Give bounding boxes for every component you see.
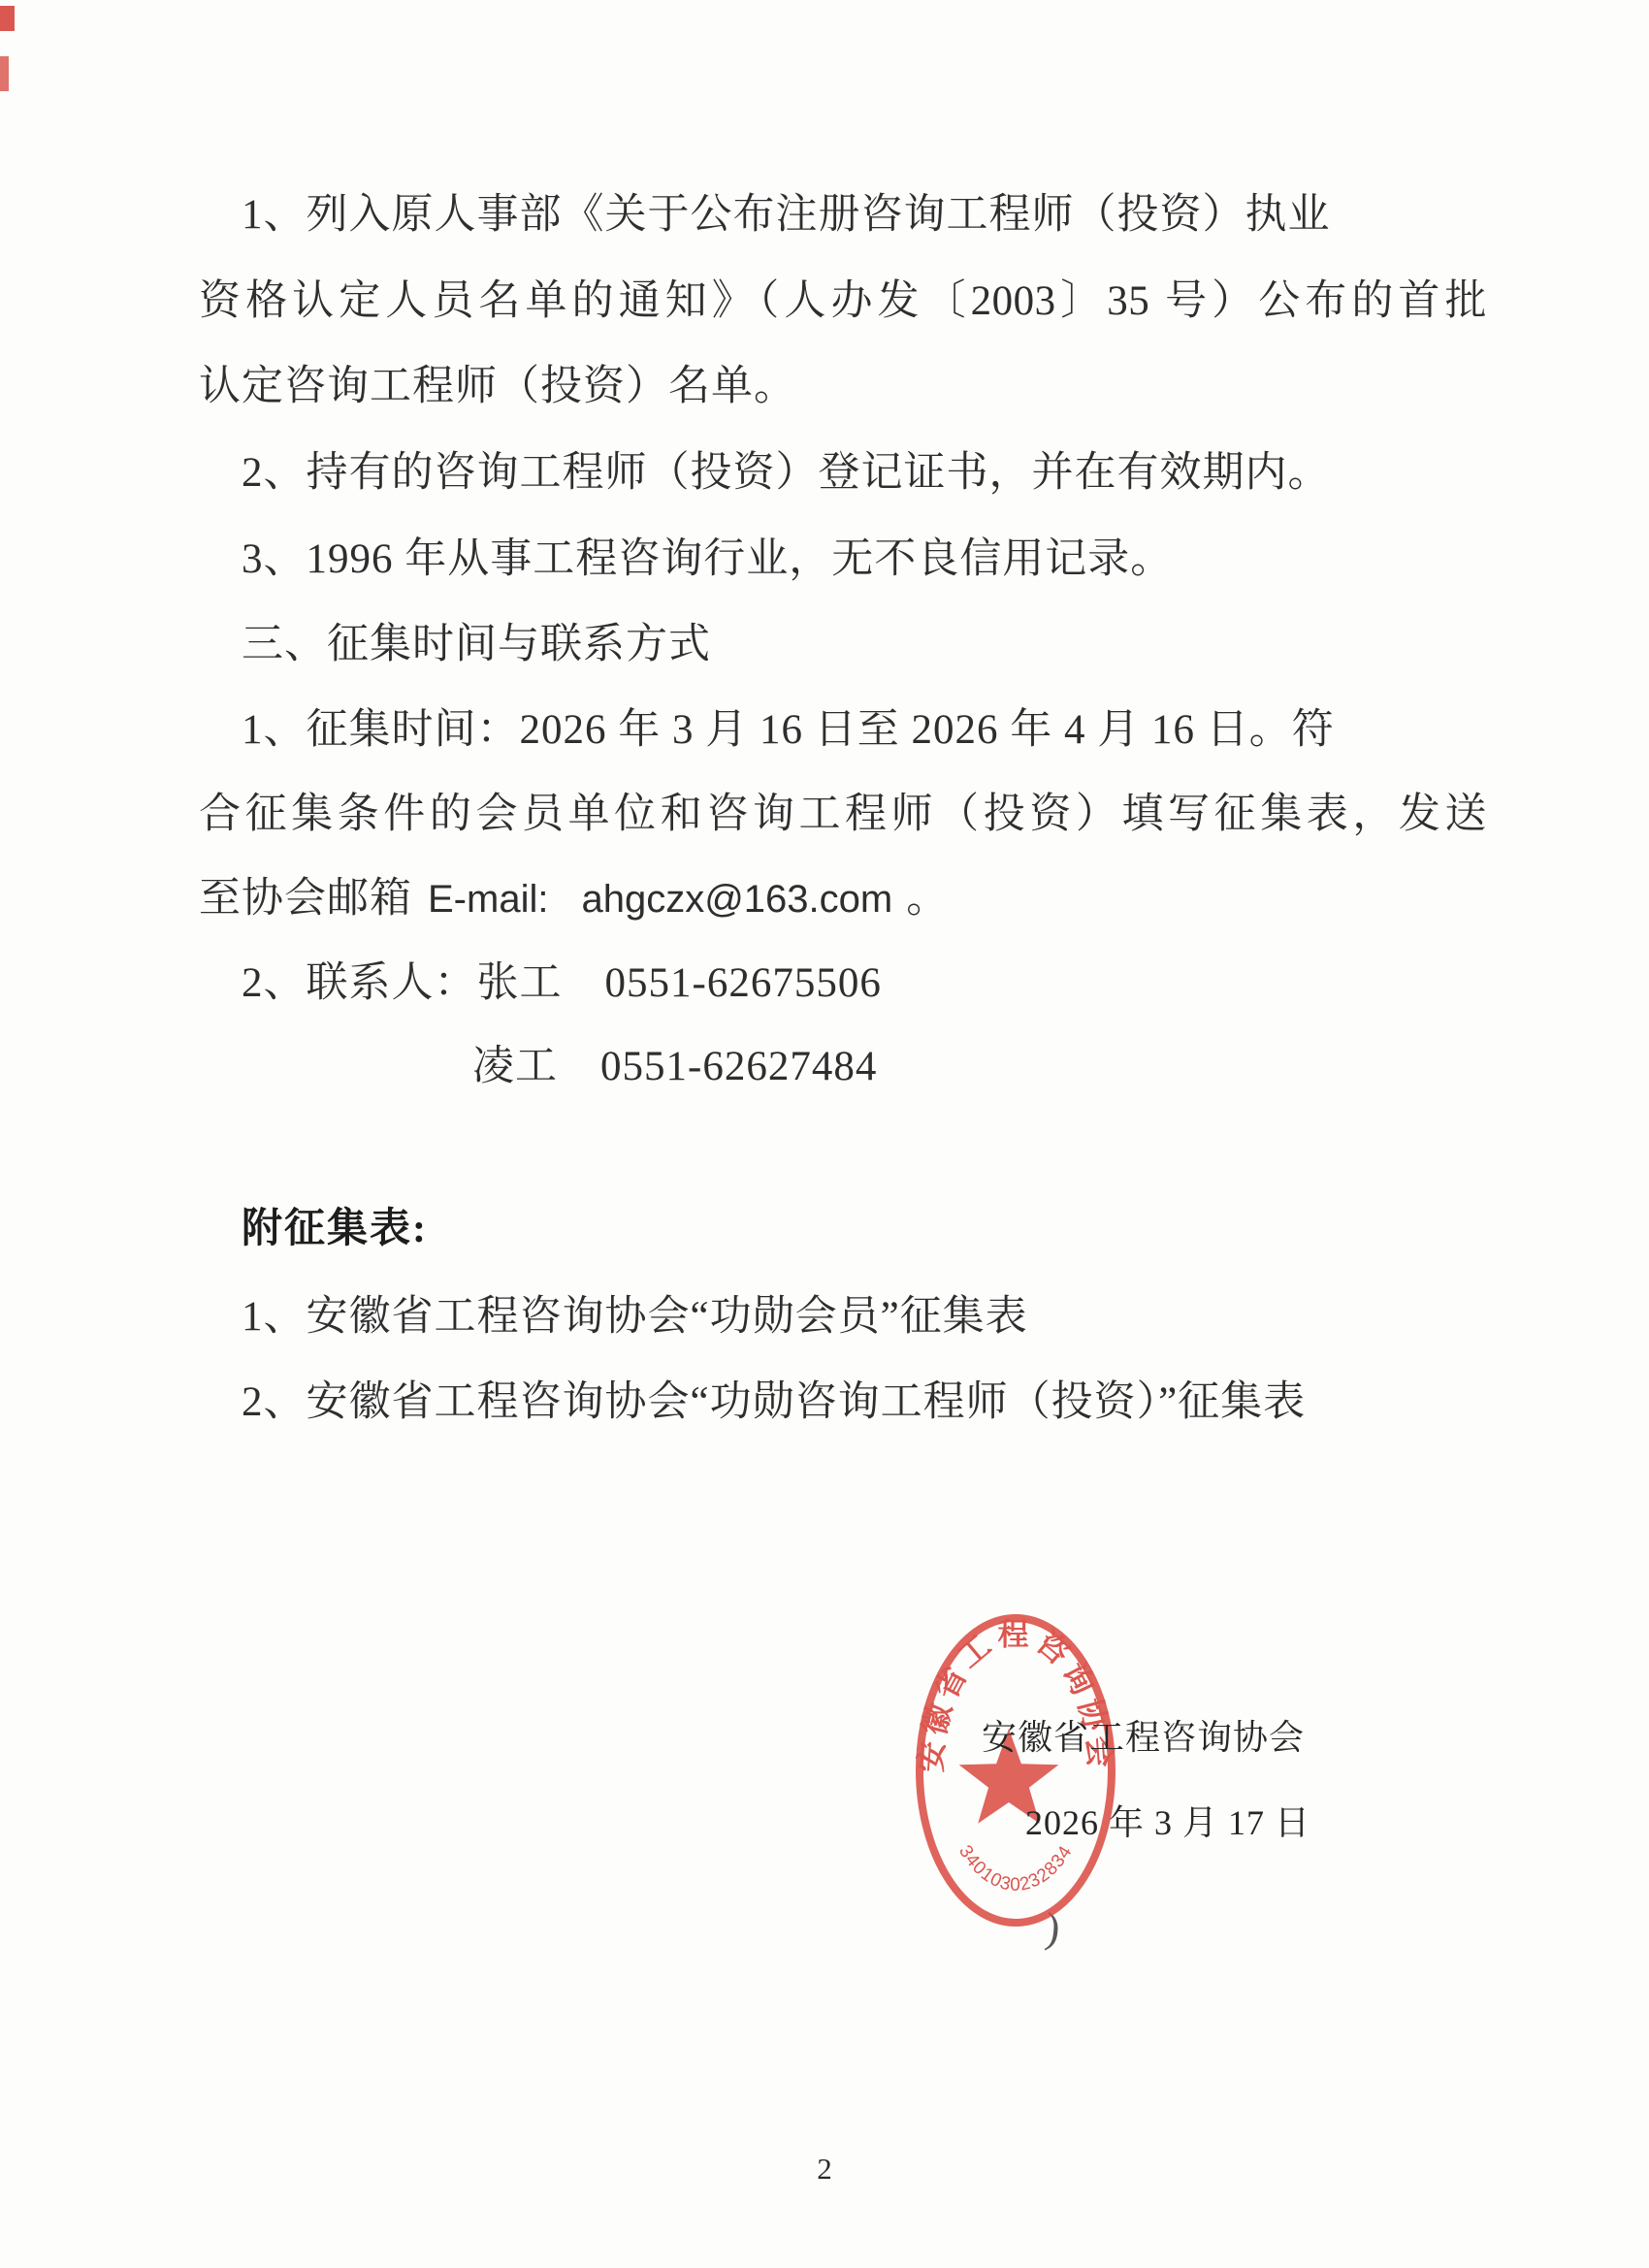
- body-line: 1、征集时间：2026 年 3 月 16 日至 2026 年 4 月 16 日。…: [242, 705, 1335, 756]
- body-line: 1、列入原人事部《关于公布注册咨询工程师（投资）执业: [242, 190, 1331, 241]
- signature-date: 2026 年 3 月 17 日: [1025, 1796, 1310, 1845]
- attachment-item: 2、安徽省工程咨询协会“功勋咨询工程师（投资）”征集表: [242, 1377, 1306, 1428]
- scan-red-mark: [0, 56, 9, 91]
- page-number: 2: [0, 2152, 1649, 2187]
- email-address: ahgczx@163.com: [581, 878, 892, 921]
- seal-serial: 3401030232834: [954, 1842, 1077, 1895]
- email-label: E-mail:: [428, 878, 548, 921]
- email-period: 。: [906, 876, 949, 922]
- scanned-document-page: 1、列入原人事部《关于公布注册咨询工程师（投资）执业 资格认定人员名单的通知》（…: [0, 0, 1649, 2268]
- email-prefix: 至协会邮箱: [199, 876, 412, 922]
- svg-text:3401030232834: 3401030232834: [954, 1842, 1077, 1895]
- attachment-heading: 附征集表:: [242, 1205, 428, 1253]
- contact-line-zhang: 2、联系人：张工 0551-62675506: [242, 958, 882, 1009]
- signature-org: 安徽省工程咨询协会: [982, 1710, 1305, 1760]
- section-heading-line: 三、征集时间与联系方式: [242, 620, 711, 670]
- body-line: 3、1996 年从事工程咨询行业，无不良信用记录。: [242, 535, 1173, 585]
- email-line: 至协会邮箱E-mail:ahgczx@163.com。: [199, 874, 949, 924]
- body-line: 认定咨询工程师（投资）名单。: [199, 362, 796, 412]
- body-line: 资格认定人员名单的通知》（人办发〔2003〕35 号）公布的首批: [199, 276, 1487, 327]
- body-line: 2、持有的咨询工程师（投资）登记证书，并在有效期内。: [242, 448, 1331, 499]
- official-seal: 安徽省工程咨询协会 3401030232834: [910, 1610, 1121, 1930]
- attachment-item: 1、安徽省工程咨询协会“功勋会员”征集表: [242, 1292, 1028, 1343]
- contact-line-ling: 凌工 0551-62627484: [472, 1042, 877, 1092]
- body-line: 合征集条件的会员单位和咨询工程师（投资）填写征集表，发送: [199, 790, 1487, 840]
- scan-red-mark: [0, 6, 15, 31]
